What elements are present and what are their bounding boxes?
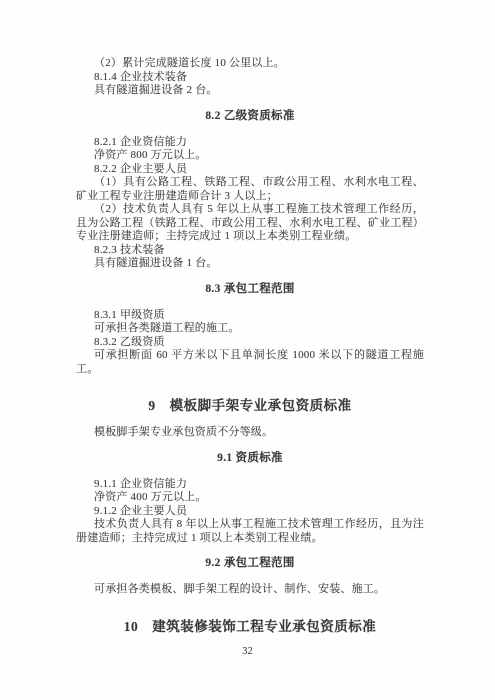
paragraph: 8.3.1 甲级资质: [76, 309, 424, 323]
paragraph: 8.2.3 技术装备: [76, 244, 424, 258]
page-number: 32: [0, 646, 495, 657]
paragraph: 可承担断面 60 平方米以下且单洞长度 1000 米以下的隧道工程施工。: [76, 349, 424, 376]
paragraph: 8.3.2 乙级资质: [76, 336, 424, 350]
paragraph: 模板脚手架专业承包资质不分等级。: [76, 426, 424, 440]
document-page: （2）累计完成隧道长度 10 公里以上。8.1.4 企业技术装备具有隧道掘进设备…: [0, 0, 495, 700]
paragraph: （2）累计完成隧道长度 10 公里以上。: [76, 57, 424, 71]
paragraph: 9.1.1 企业资信能力: [76, 478, 424, 492]
paragraph: （1）具有公路工程、铁路工程、市政公用工程、水利水电工程、矿业工程专业注册建造师…: [76, 176, 424, 203]
document-content: （2）累计完成隧道长度 10 公里以上。8.1.4 企业技术装备具有隧道掘进设备…: [76, 57, 424, 647]
chapter-heading: 9 模板脚手架专业承包资质标准: [76, 397, 424, 415]
paragraph: 净资产 400 万元以上。: [76, 491, 424, 505]
paragraph: 8.2.2 企业主要人员: [76, 163, 424, 177]
paragraph: （2）技术负责人具有 5 年以上从事工程施工技术管理工作经历，且为公路工程（铁路…: [76, 203, 424, 244]
paragraph: 技术负责人具有 8 年以上从事工程施工技术管理工作经历，且为注册建造师；主持完成…: [76, 518, 424, 545]
paragraph: 具有隧道掘进设备 1 台。: [76, 257, 424, 271]
paragraph: 可承担各类模板、脚手架工程的设计、制作、安装、施工。: [76, 583, 424, 597]
section-heading: 8.3 承包工程范围: [76, 282, 424, 297]
paragraph: 具有隧道掘进设备 2 台。: [76, 84, 424, 98]
paragraph: 可承担各类隧道工程的施工。: [76, 322, 424, 336]
paragraph: 8.2.1 企业资信能力: [76, 136, 424, 150]
paragraph: 8.1.4 企业技术装备: [76, 71, 424, 85]
section-heading: 9.2 承包工程范围: [76, 556, 424, 571]
section-heading: 9.1 资质标准: [76, 451, 424, 466]
paragraph: 净资产 800 万元以上。: [76, 149, 424, 163]
chapter-heading: 10 建筑装修装饰工程专业承包资质标准: [76, 618, 424, 636]
paragraph: 9.1.2 企业主要人员: [76, 505, 424, 519]
section-heading: 8.2 乙级资质标准: [76, 109, 424, 124]
